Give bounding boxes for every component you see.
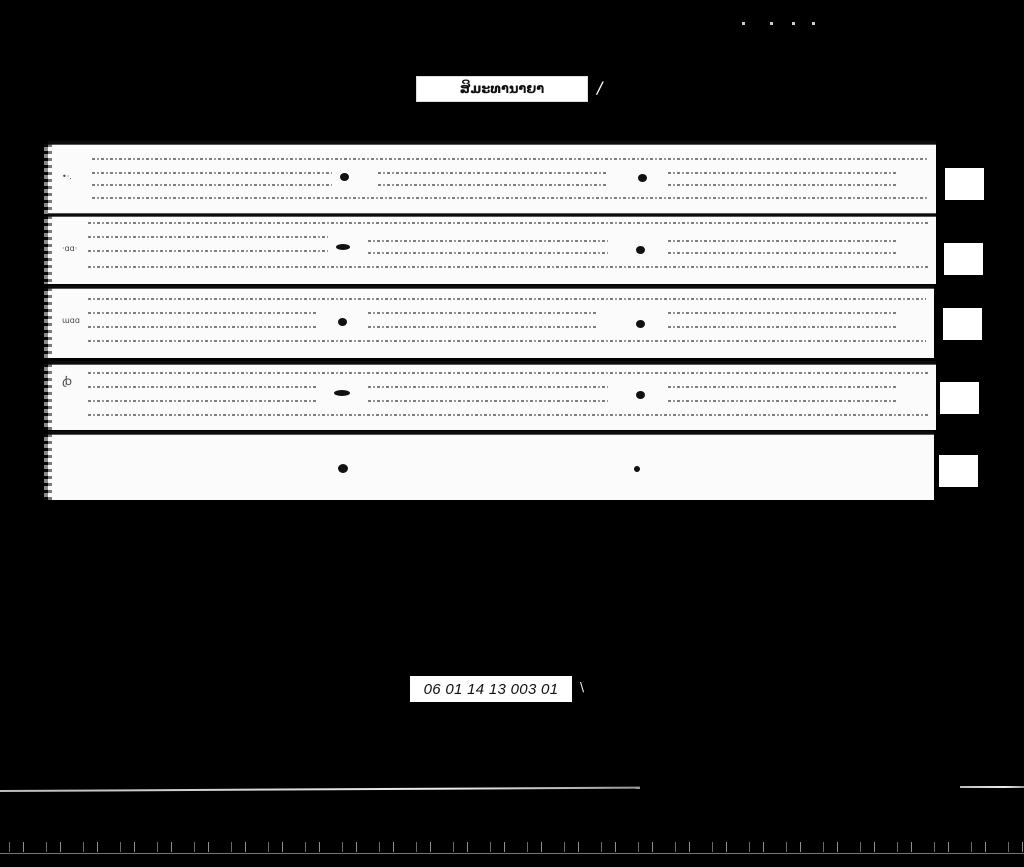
text-line bbox=[368, 312, 598, 314]
text-line bbox=[378, 184, 608, 186]
film-scratch-line bbox=[0, 787, 640, 792]
title-text: ສິມະທານາຍາ bbox=[460, 82, 544, 97]
binding-hole bbox=[636, 320, 645, 328]
leaf-tab-3 bbox=[943, 308, 982, 340]
text-line bbox=[668, 400, 898, 402]
leaf-edge bbox=[48, 431, 934, 435]
text-line bbox=[88, 400, 318, 402]
text-line bbox=[668, 172, 898, 174]
catalog-number: 06 01 14 13 003 01 bbox=[424, 681, 559, 698]
text-line bbox=[92, 158, 928, 160]
text-line bbox=[88, 266, 928, 268]
text-line bbox=[88, 222, 928, 224]
text-line bbox=[378, 172, 608, 174]
margin-note: ꞗ bbox=[62, 372, 72, 389]
binding-hole bbox=[340, 173, 349, 181]
binding-hole bbox=[338, 318, 347, 326]
text-line bbox=[368, 326, 598, 328]
text-line bbox=[668, 240, 898, 242]
title-label: ສິມະທານາຍາ bbox=[416, 76, 588, 102]
leaf-tab-1 bbox=[945, 168, 984, 200]
palm-leaf-5-blank bbox=[48, 434, 934, 500]
palm-leaf-1: •·. bbox=[48, 144, 936, 214]
dust-speck bbox=[812, 22, 815, 25]
binding-hole bbox=[336, 244, 350, 250]
leaf-edge bbox=[48, 213, 936, 217]
text-line bbox=[92, 197, 928, 199]
catalog-number-label: 06 01 14 13 003 01 bbox=[410, 676, 572, 702]
leaf-edge bbox=[48, 141, 936, 145]
text-line bbox=[88, 298, 926, 300]
text-line bbox=[668, 184, 898, 186]
text-line bbox=[668, 252, 898, 254]
binding-hole bbox=[338, 464, 348, 473]
text-line bbox=[88, 386, 318, 388]
dust-speck bbox=[792, 22, 795, 25]
text-line bbox=[368, 386, 608, 388]
binding-hole bbox=[334, 390, 350, 396]
text-line bbox=[668, 386, 898, 388]
text-line bbox=[88, 312, 318, 314]
binding-hole bbox=[634, 466, 640, 472]
palm-leaf-3: ɯɑɑ bbox=[48, 288, 934, 358]
text-line bbox=[668, 312, 898, 314]
text-line bbox=[368, 252, 608, 254]
binding-hole bbox=[638, 174, 647, 182]
text-line bbox=[92, 172, 332, 174]
text-line bbox=[88, 340, 926, 342]
text-line bbox=[88, 236, 328, 238]
margin-note: ɯɑɑ bbox=[62, 316, 80, 325]
film-scratch-line bbox=[960, 786, 1024, 788]
leaf-edge bbox=[48, 285, 934, 289]
binding-hole bbox=[636, 246, 645, 254]
leaf-tab-4 bbox=[940, 382, 979, 414]
text-line bbox=[88, 326, 318, 328]
title-mark: / bbox=[597, 78, 602, 97]
leaf-tab-2 bbox=[944, 243, 983, 275]
text-line bbox=[92, 184, 332, 186]
text-line bbox=[88, 250, 328, 252]
text-line bbox=[88, 414, 928, 416]
microfilm-frame: ສິມະທານາຍາ / •·. ·ɑɑ· ɯɑɑ bbox=[0, 0, 1024, 867]
text-line bbox=[368, 240, 608, 242]
binding-hole bbox=[636, 391, 645, 399]
film-edge-line bbox=[0, 853, 1024, 854]
dust-speck bbox=[770, 22, 773, 25]
margin-note: •·. bbox=[62, 172, 72, 181]
palm-leaf-4: ꞗ bbox=[48, 364, 936, 430]
text-line bbox=[368, 400, 608, 402]
text-line bbox=[88, 372, 928, 374]
film-edge-ticks bbox=[0, 842, 1024, 852]
palm-leaf-2: ·ɑɑ· bbox=[48, 216, 936, 284]
leaf-tab-5 bbox=[939, 455, 978, 487]
text-line bbox=[668, 326, 898, 328]
dust-speck bbox=[742, 22, 745, 25]
leaf-edge bbox=[48, 361, 936, 365]
catalog-mark: \ bbox=[580, 680, 584, 694]
margin-note: ·ɑɑ· bbox=[62, 244, 77, 253]
